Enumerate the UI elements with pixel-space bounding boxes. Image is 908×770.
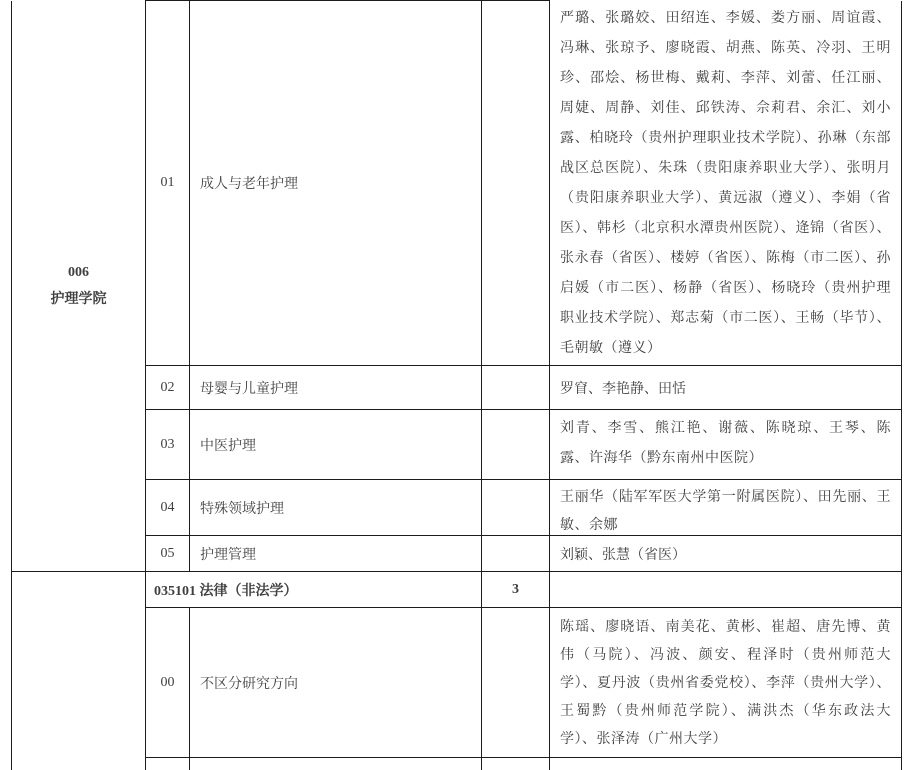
table-row: 05 护理管理 刘颖、张慧（省医） <box>12 536 902 572</box>
table-row: 00 不区分研究方向 陈瑶、廖晓语、南美花、黄彬、崔超、唐先博、黄伟（马院）、冯… <box>12 608 902 758</box>
direction-name-cell: 特殊领域护理 <box>190 480 482 536</box>
direction-name-cell: 护理管理 <box>190 536 482 572</box>
college-code: 006 <box>12 259 145 286</box>
direction-code-cell <box>146 758 190 767</box>
candidates-cell <box>550 572 902 608</box>
candidates-text: 刘青、李雪、熊江艳、谢薇、陈晓琼、王琴、陈露、许海华（黔东南州中医院） <box>560 414 891 478</box>
direction-name-cell: 成人与老年护理 <box>190 1 482 366</box>
direction-code-cell: 05 <box>146 536 190 572</box>
direction-code-cell: 03 <box>146 410 190 480</box>
candidates-text: 陈瑶、廖晓语、南美花、黄彬、崔超、唐先博、黄伟（马院）、冯波、颜安、程泽时（贵州… <box>560 614 891 756</box>
candidates-text: 王丽华（陆军军医大学第一附属医院）、田先丽、王敏、余娜 <box>560 484 891 534</box>
quota-cell <box>482 1 550 366</box>
table-row: 006 护理学院 01 成人与老年护理 严璐、张璐姣、田绍连、李媛、娄方丽、周谊… <box>12 1 902 366</box>
direction-name-cell: 母婴与儿童护理 <box>190 366 482 410</box>
college-cell-empty <box>12 572 146 767</box>
program-header-cell: 035101 法律（非法学） <box>146 572 482 608</box>
direction-name-cell <box>190 758 482 767</box>
quota-cell <box>482 608 550 758</box>
candidates-cell: 王丽华（陆军军医大学第一附属医院）、田先丽、王敏、余娜 <box>550 480 902 536</box>
candidates-text: 严璐、张璐姣、田绍连、李媛、娄方丽、周谊霞、冯琳、张琼予、廖晓霞、胡燕、陈英、冷… <box>560 4 891 364</box>
table-row: 02 母婴与儿童护理 罗窅、李艳静、田恬 <box>12 366 902 410</box>
direction-code-cell: 00 <box>146 608 190 758</box>
quota-cell <box>482 758 550 767</box>
quota-cell <box>482 410 550 480</box>
direction-code-cell: 02 <box>146 366 190 410</box>
candidates-cell: 陈瑶、廖晓语、南美花、黄彬、崔超、唐先博、黄伟（马院）、冯波、颜安、程泽时（贵州… <box>550 608 902 758</box>
quota-cell <box>482 536 550 572</box>
candidates-cell: 严璐、张璐姣、田绍连、李媛、娄方丽、周谊霞、冯琳、张琼予、廖晓霞、胡燕、陈英、冷… <box>550 1 902 366</box>
table-row-partial <box>12 758 902 767</box>
table-row: 04 特殊领域护理 王丽华（陆军军医大学第一附属医院）、田先丽、王敏、余娜 <box>12 480 902 536</box>
candidates-cell: 罗窅、李艳静、田恬 <box>550 366 902 410</box>
direction-code-cell: 04 <box>146 480 190 536</box>
candidates-cell: 刘颖、张慧（省医） <box>550 536 902 572</box>
candidates-cell: 刘青、李雪、熊江艳、谢薇、陈晓琼、王琴、陈露、许海华（黔东南州中医院） <box>550 410 902 480</box>
admission-table: 006 护理学院 01 成人与老年护理 严璐、张璐姣、田绍连、李媛、娄方丽、周谊… <box>11 0 902 766</box>
direction-name-cell: 不区分研究方向 <box>190 608 482 758</box>
quota-cell: 3 <box>482 572 550 608</box>
college-name: 护理学院 <box>12 286 145 313</box>
table-row: 03 中医护理 刘青、李雪、熊江艳、谢薇、陈晓琼、王琴、陈露、许海华（黔东南州中… <box>12 410 902 480</box>
direction-code-cell: 01 <box>146 1 190 366</box>
college-cell: 006 护理学院 <box>12 1 146 572</box>
direction-name-cell: 中医护理 <box>190 410 482 480</box>
candidates-cell <box>550 758 902 767</box>
table-row: 035101 法律（非法学） 3 <box>12 572 902 608</box>
quota-cell <box>482 480 550 536</box>
quota-cell <box>482 366 550 410</box>
